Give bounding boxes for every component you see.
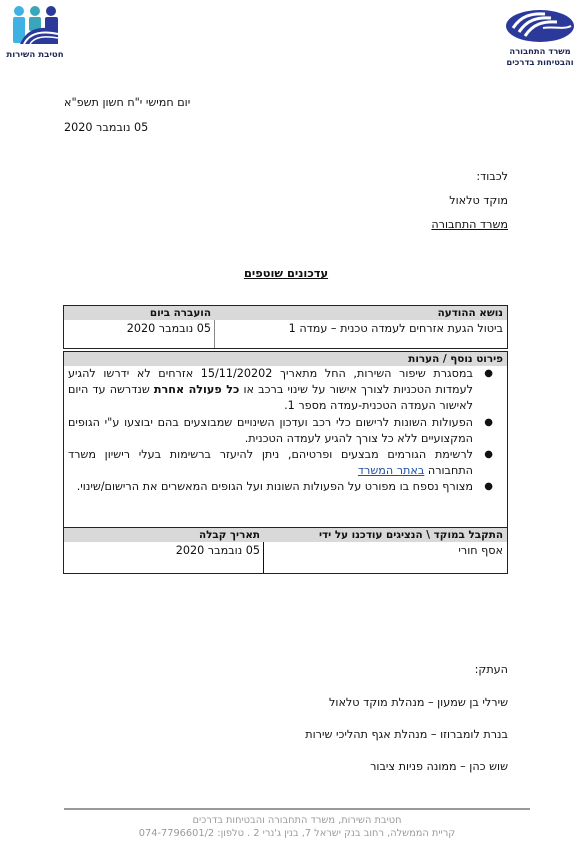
transferred-on-header: הועברה ביום bbox=[64, 306, 215, 320]
list-item: ● לרשימת הגורמים מבצעים ופרטיהם, ניתן לה… bbox=[68, 447, 501, 479]
list-item: ● מצורף נספח בו מפורט על הפעולות השונות … bbox=[68, 479, 501, 495]
list-item: ● הפעולות השונות לרישום כלי רכב ועדכון ה… bbox=[68, 415, 501, 447]
cc-entry: שוש כהן – ממונה פניות ציבור bbox=[370, 760, 508, 774]
bullet-icon: ● bbox=[484, 447, 493, 463]
gregorian-date: 05 נובמבר 2020 bbox=[64, 121, 148, 135]
ministry-caption-line2: והבטיחות בדרכים bbox=[505, 57, 575, 68]
received-by-header: התקבל במוקד \ הנציגים עודכנו על ידי bbox=[264, 528, 507, 542]
details-header: פירוט נוסף / הערות bbox=[64, 352, 507, 366]
received-by-column: התקבל במוקד \ הנציגים עודכנו על ידי אסף … bbox=[263, 528, 507, 573]
people-road-icon bbox=[10, 4, 62, 48]
subject-value: ביטול הגעת אזרחים לעמדה טכנית – עמדה 1 bbox=[215, 320, 507, 337]
hebrew-date: יום חמישי י"ח חשון תשפ"א bbox=[64, 96, 190, 110]
list-item: ● במסגרת שיפור השירות, החל מתאריך 15/11/… bbox=[68, 366, 501, 415]
bullet-icon: ● bbox=[484, 415, 493, 431]
cc-label: העתק: bbox=[475, 663, 508, 677]
received-date-header: תאריך קבלה bbox=[64, 528, 264, 542]
received-date-column: תאריך קבלה 05 נובמבר 2020 bbox=[64, 528, 264, 573]
cc-entry: בנרת לומברוזו – מנהלת אגף תהליכי שירות bbox=[305, 728, 508, 742]
service-division-caption: חטיבת השירות bbox=[0, 50, 70, 60]
recipient-name: מוקד טלאול bbox=[449, 194, 508, 208]
emphasis-text: כל פעולה אחרת bbox=[154, 383, 239, 396]
received-date-value: 05 נובמבר 2020 bbox=[64, 542, 264, 559]
footer-organization: חטיבת השירות, משרד התחבורה והבטיחות בדרכ… bbox=[64, 815, 530, 827]
ministry-caption: משרד התחבורה והבטיחות בדרכים bbox=[505, 46, 575, 68]
cc-entry: שירלי בן שמעון – מנהלת מוקד טלאול bbox=[329, 696, 508, 710]
subject-column: נושא ההודעה ביטול הגעת אזרחים לעמדה טכני… bbox=[214, 306, 507, 348]
notice-table: נושא ההודעה ביטול הגעת אזרחים לעמדה טכני… bbox=[63, 305, 508, 349]
page-title: עדכונים שוטפים bbox=[0, 266, 572, 280]
received-table: התקבל במוקד \ הנציגים עודכנו על ידי אסף … bbox=[63, 527, 508, 574]
details-table: פירוט נוסף / הערות ● במסגרת שיפור השירות… bbox=[63, 351, 508, 527]
details-list: ● במסגרת שיפור השירות, החל מתאריך 15/11/… bbox=[64, 366, 507, 496]
footer-divider bbox=[64, 808, 530, 810]
bullet-icon: ● bbox=[484, 366, 493, 382]
recipient-label: לכבוד: bbox=[476, 170, 508, 184]
ministry-website-link[interactable]: באתר המשרד bbox=[358, 464, 424, 477]
received-by-value: אסף חורי bbox=[264, 542, 507, 559]
recipient-organization: משרד התחבורה bbox=[431, 218, 508, 232]
transferred-on-value: 05 נובמבר 2020 bbox=[64, 320, 215, 337]
ministry-of-transport-logo bbox=[505, 8, 575, 44]
transferred-on-column: הועברה ביום 05 נובמבר 2020 bbox=[64, 306, 215, 348]
ministry-emblem-icon bbox=[505, 8, 575, 44]
footer-address: קריית הממשלה, רחוב בנק ישראל 7, בנין ג'נ… bbox=[64, 828, 530, 840]
bullet-icon: ● bbox=[484, 479, 493, 495]
subject-header: נושא ההודעה bbox=[215, 306, 507, 320]
ministry-caption-line1: משרד התחבורה bbox=[505, 46, 575, 57]
